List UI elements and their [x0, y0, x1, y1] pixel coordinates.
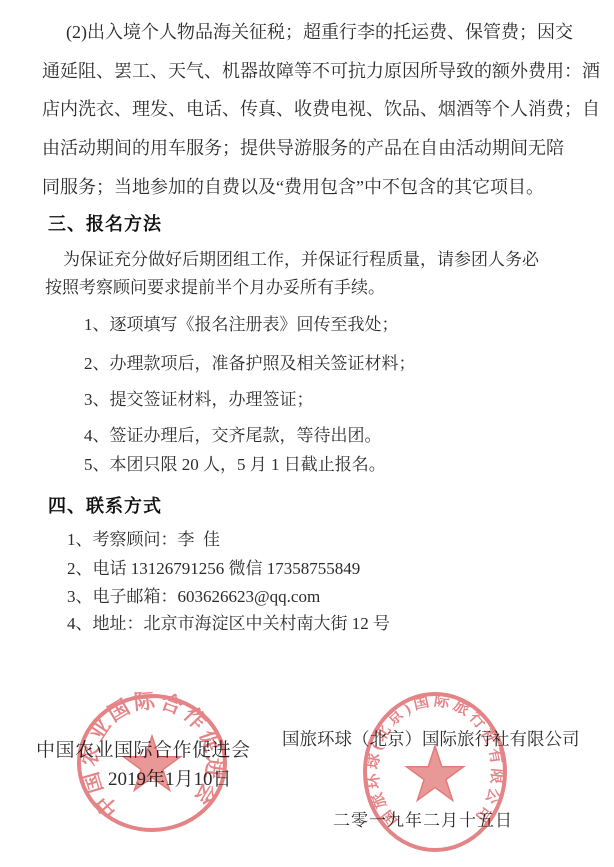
paragraph-line: (2)出入境个人物品海关征税；超重行李的托运费、保管费；因交 [42, 12, 602, 51]
signup-intro-paragraph: 为保证充分做好后期团组工作，并保证行程质量，请参团人务必 按照考察顾问要求提前半… [0, 244, 614, 299]
paragraph-line: 店内洗衣、理发、电话、传真、收费电视、饮品、烟酒等个人消费；自 [42, 89, 602, 128]
paragraph-line: 由活动期间的用车服务；提供导游服务的产品在自由活动期间无陪 [42, 128, 602, 167]
left-official-seal: 中国农业国际合作促进会 [74, 692, 230, 836]
signup-step-item: 2、办理款项后，准备护照及相关签证材料； [84, 354, 416, 374]
signup-step-item: 3、提交签证材料，办理签证； [84, 390, 314, 410]
section-heading-contact: 四、联系方式 [48, 492, 162, 518]
contact-item: 3、电子邮箱：603626623@qq.com [67, 587, 320, 607]
excluded-fees-paragraph: (2)出入境个人物品海关征税；超重行李的托运费、保管费；因交 通延阻、罢工、天气… [42, 12, 602, 205]
paragraph-line: 同服务；当地参加的自费以及“费用包含”中不包含的其它项目。 [42, 166, 602, 205]
signup-step-item: 4、签证办理后，交齐尾款，等待出团。 [84, 426, 382, 446]
signup-intro-line: 为保证充分做好后期团组工作，并保证行程质量，请参团人务必 [0, 244, 614, 272]
contact-item: 4、地址：北京市海淀区中关村南大街 12 号 [67, 614, 390, 634]
signup-intro-line: 按照考察顾问要求提前半个月办妥所有手续。 [0, 272, 614, 300]
right-official-seal: 国旅环球(北京)国际旅行社有限公司 [360, 688, 510, 856]
star-icon [124, 736, 181, 790]
document-page: (2)出入境个人物品海关征税；超重行李的托运费、保管费；因交 通延阻、罢工、天气… [0, 0, 614, 867]
contact-item: 2、电话 13126791256 微信 17358755849 [67, 559, 360, 579]
signup-step-item: 5、本团只限 20 人，5 月 1 日截止报名。 [84, 455, 386, 475]
star-icon [407, 746, 464, 800]
contact-item: 1、考察顾问：李 佳 [67, 530, 220, 550]
paragraph-line: 通延阻、罢工、天气、机器故障等不可抗力原因所导致的额外费用：酒 [42, 51, 602, 90]
signup-step-item: 1、逐项填写《报名注册表》回传至我处； [84, 315, 399, 335]
section-heading-signup: 三、报名方法 [48, 210, 162, 236]
